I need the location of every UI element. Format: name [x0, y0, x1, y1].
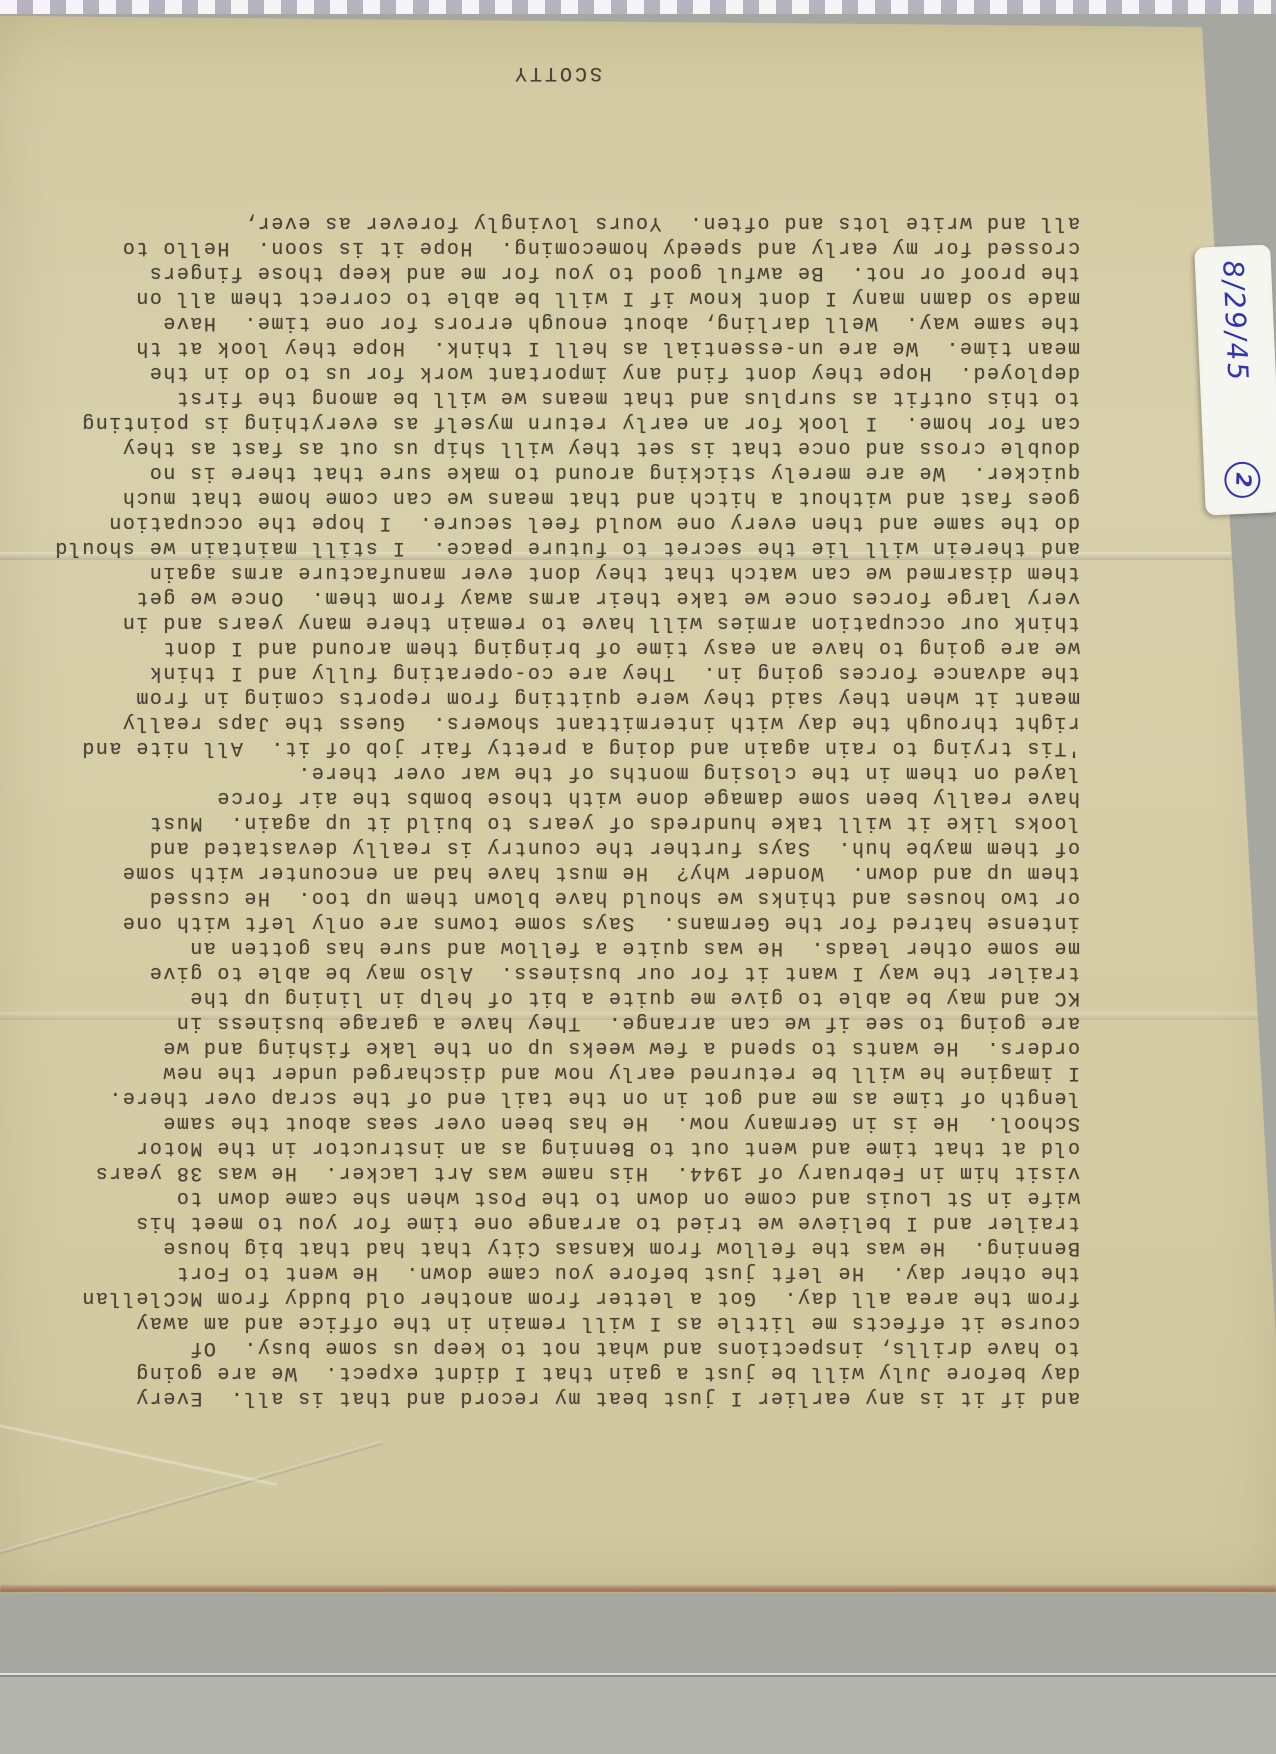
letter-line: the advance forces going in. They are co… [80, 660, 1080, 685]
letter-line: visit him in February of 1944. His name … [80, 1160, 1080, 1185]
letter-line: and if it is any earlier I just beat my … [80, 1385, 1080, 1410]
letter-line: can for home. I look for an early return… [80, 410, 1080, 435]
letter-line: me some other leads. He was quite a fell… [80, 935, 1080, 960]
letter-line: deployed. Hope they dont find any import… [80, 360, 1080, 385]
blank-line [80, 135, 1080, 160]
letter-line: to this outfit as surplus and that means… [80, 385, 1080, 410]
letter-line: goes fast and without a hitch and that m… [80, 485, 1080, 510]
letter-line: made so damn many I dont know if I will … [80, 285, 1080, 310]
page-number-label: 2 [1224, 461, 1262, 499]
letter-line: wife in St Louis and come on down to the… [80, 1185, 1080, 1210]
paper-edge-shadow [0, 1585, 1276, 1592]
letter-line: meant it when they said they were quitti… [80, 685, 1080, 710]
letter-line: length of time as me and got in on the t… [80, 1085, 1080, 1110]
letter-line: trailer and I believe we tried to arrang… [80, 1210, 1080, 1235]
date-label: 8/29/45 [1216, 258, 1254, 384]
letter-line: from the area all day. Got a letter from… [80, 1285, 1080, 1310]
letter-line: the proof or not. Be awful good to you f… [80, 260, 1080, 285]
letter-line: them disarmed we can watch that they don… [80, 560, 1080, 585]
letter-line: the same way. Well darling, about enough… [80, 310, 1080, 335]
letter-line: Benning. He was the fellow from Kansas C… [80, 1235, 1080, 1260]
letter-text: and if it is any earlier I just beat my … [80, 198, 1080, 1460]
signature: SCOTTY [80, 60, 602, 85]
letter-line: KC and may be able to give me quite a bi… [80, 985, 1080, 1010]
letter-body: and if it is any earlier I just beat my … [80, 210, 1080, 1410]
letter-line: mean time. We are un-essential as hell I… [80, 335, 1080, 360]
letter-line: orders. He wants to spend a few weeks up… [80, 1035, 1080, 1060]
letter-line: quicker. We are merely sticking around t… [80, 460, 1080, 485]
letter-line: looks like it will take hundreds of year… [80, 810, 1080, 835]
date-sticker: 8/29/45 2 [1194, 244, 1276, 515]
letter-line: are going to see if we can arrange. They… [80, 1010, 1080, 1035]
sleeve-lower-area [0, 1677, 1276, 1754]
letter-line: very large forces once we take their arm… [80, 585, 1080, 610]
letter-paper: and if it is any earlier I just beat my … [0, 0, 1276, 1593]
letter-line: double cross and once that is set they w… [80, 435, 1080, 460]
letter-line: course it effects me little as I will re… [80, 1310, 1080, 1335]
letter-line: old at that time and went out to Benning… [80, 1135, 1080, 1160]
letter-line: right through the day with intermittant … [80, 710, 1080, 735]
letter-line: think our occupation armies will have to… [80, 610, 1080, 635]
binder-edge [0, 0, 1276, 14]
letter-line: intense hatred for the Germans. Says som… [80, 910, 1080, 935]
letter-line: do the same and then every one would fee… [80, 510, 1080, 535]
letter-line: trailer the way I want it for our busine… [80, 960, 1080, 985]
letter-line: to have drills, inspections and what not… [80, 1335, 1080, 1360]
letter-line: we are going to have an easy time of bri… [80, 635, 1080, 660]
letter-line: day before July will be just a gain that… [80, 1360, 1080, 1385]
letter-line: have really been some damage done with t… [80, 785, 1080, 810]
letter-line: 'Tis trying to rain again and doing a pr… [80, 735, 1080, 760]
letter-line: all and write lots and often. Yours lovi… [80, 210, 1080, 235]
letter-line: crossed for my early and speedy homecomi… [80, 235, 1080, 260]
letter-line: School. He is in Germany now. He has bee… [80, 1110, 1080, 1135]
letter-line: and therein will lie the secret to futur… [80, 535, 1080, 560]
letter-line: them up and down. Wonder why? He must ha… [80, 860, 1080, 885]
letter-line: or two houses and thinks we should have … [80, 885, 1080, 910]
scan-background: and if it is any earlier I just beat my … [0, 0, 1276, 1754]
letter-line: the other day. He left just before you c… [80, 1260, 1080, 1285]
sleeve-edge [0, 1673, 1276, 1677]
letter-line: I imagine he will be returned early now … [80, 1060, 1080, 1085]
letter-line: layed on them in the closing months of t… [80, 760, 1080, 785]
letter-line: of them maybe huh. Says further the coun… [80, 835, 1080, 860]
